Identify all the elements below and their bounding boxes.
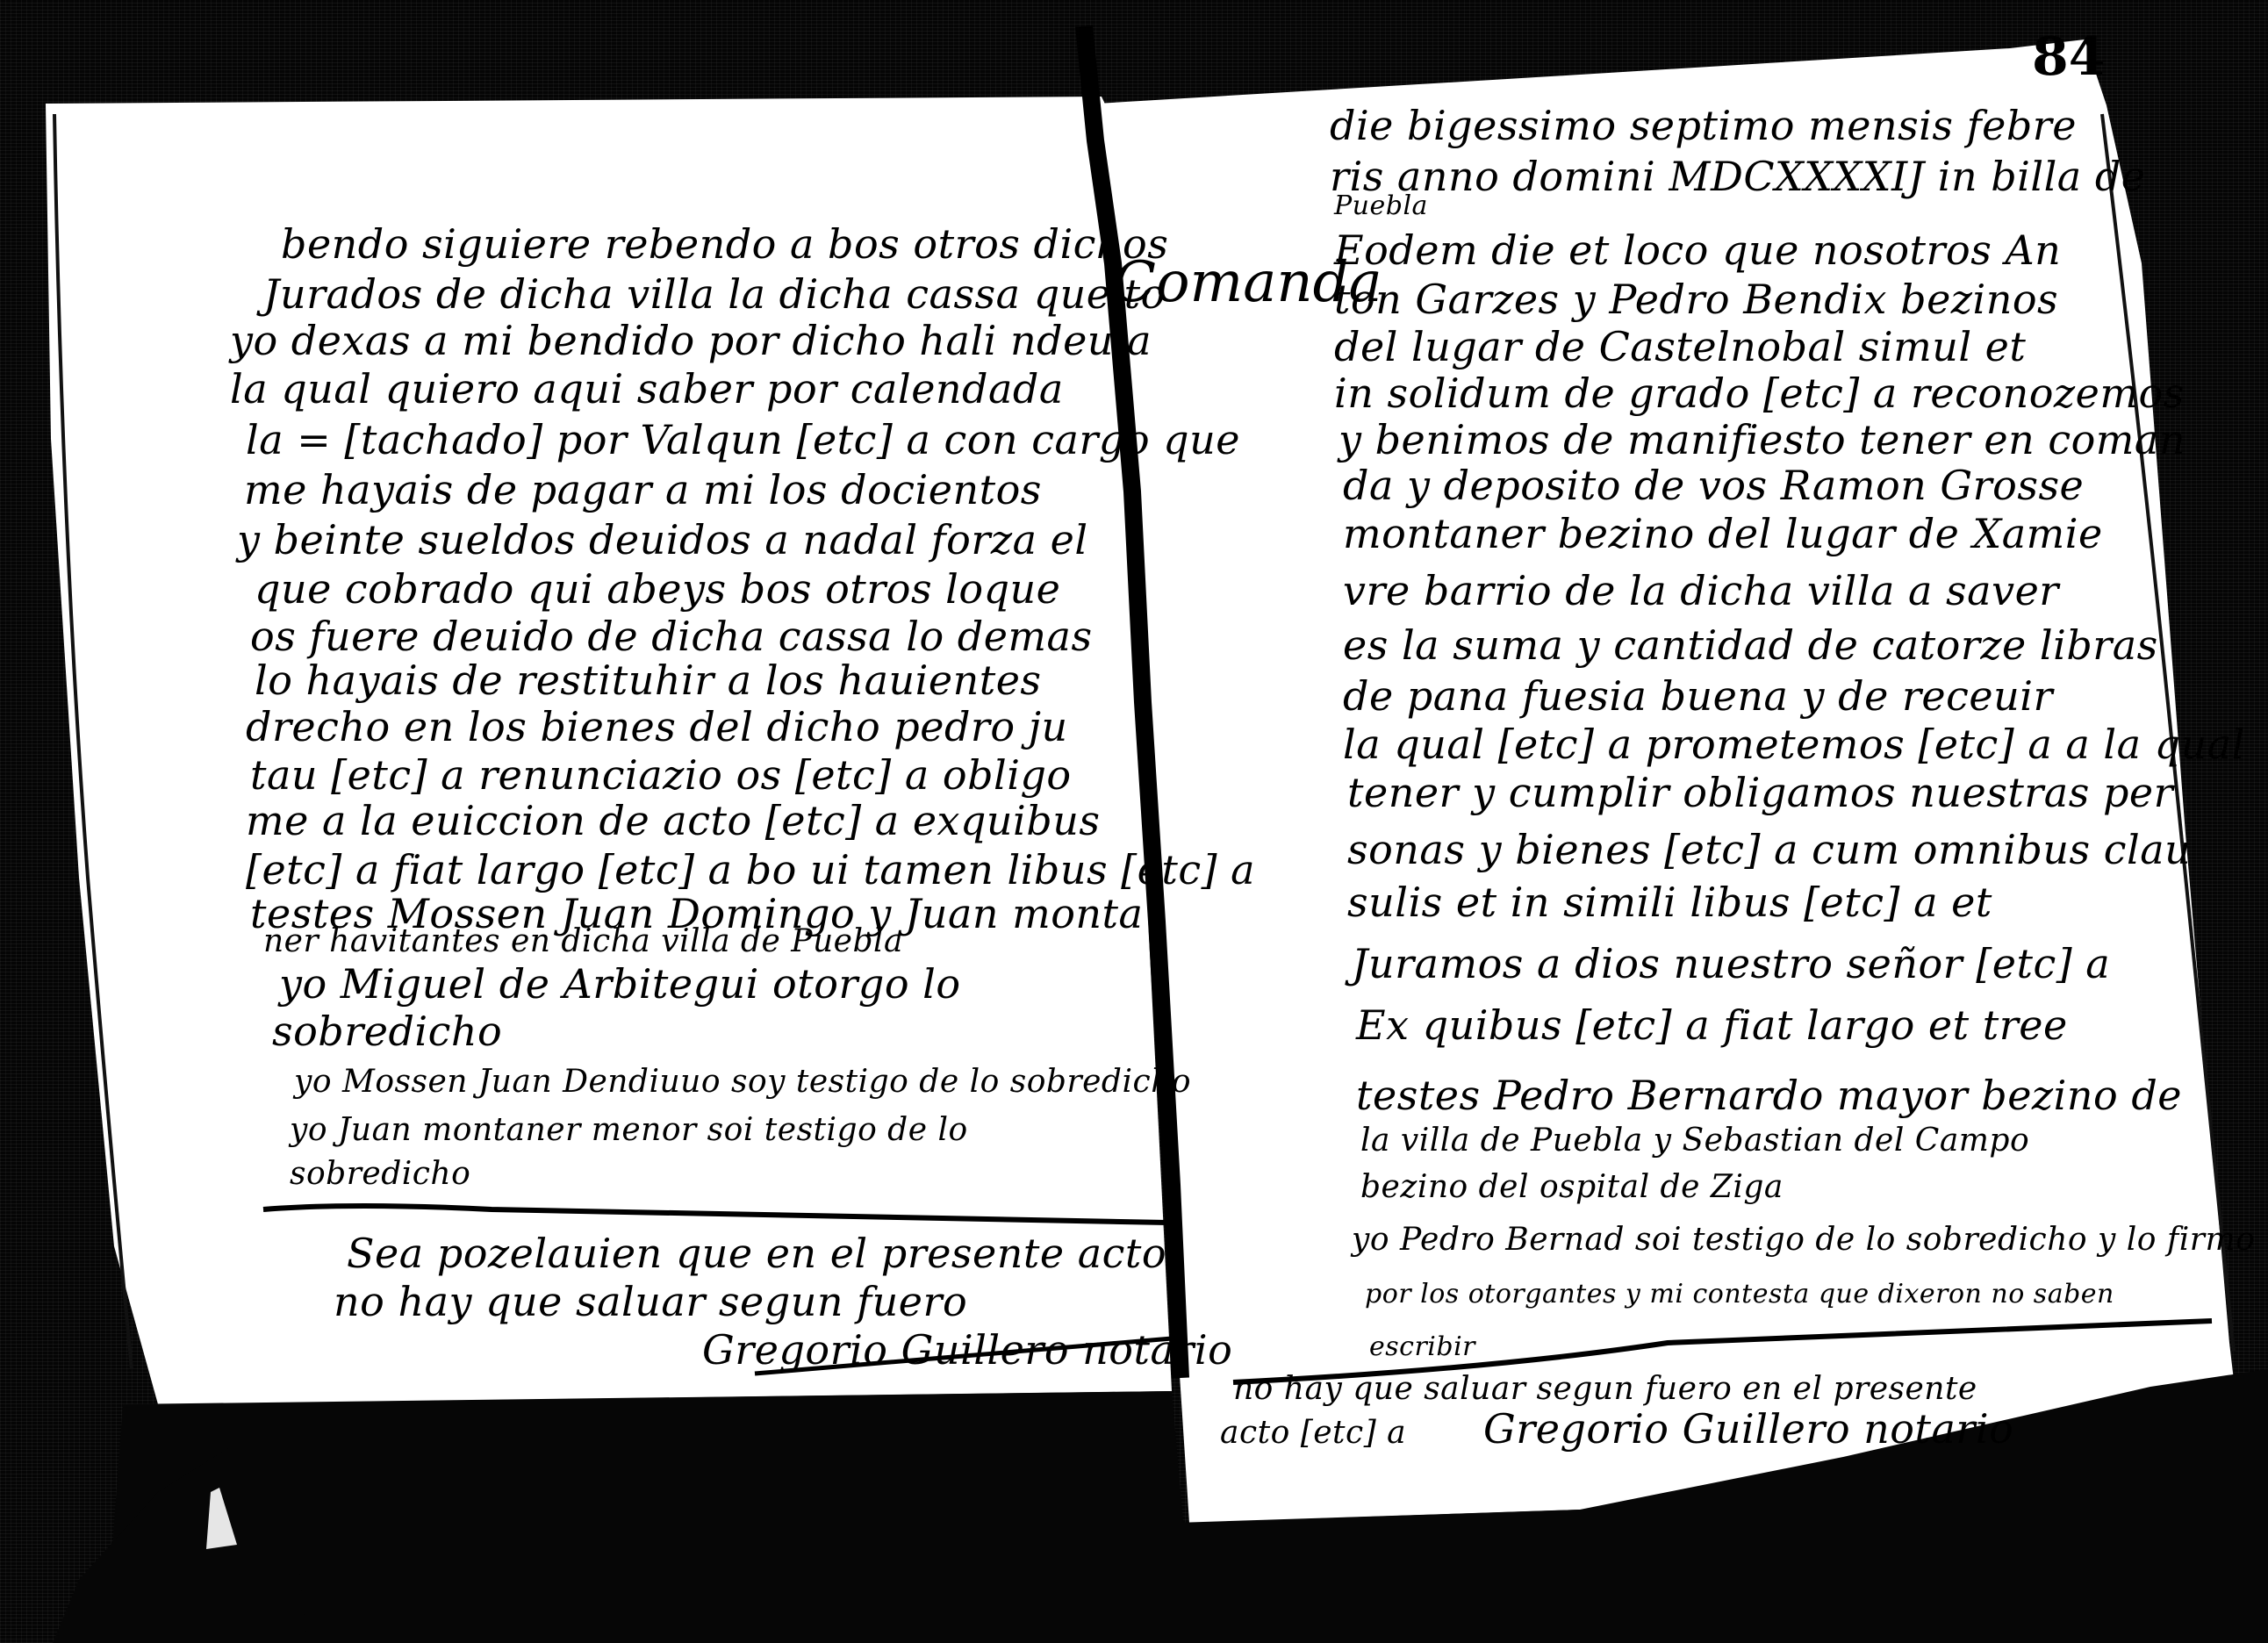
text-line: Juramos a dios nuestro señor [etc] a	[1352, 943, 2110, 984]
folio-number: 84	[2032, 26, 2106, 88]
text-line: testes Pedro Bernardo mayor bezino de	[1356, 1075, 2182, 1116]
text-line: sulis et in simili libus [etc] a et	[1347, 882, 1992, 922]
text-line: [etc] a fiat largo [etc] a bo ui tamen l…	[246, 850, 1255, 890]
text-line: sonas y bienes [etc] a cum omnibus clau	[1347, 829, 2191, 870]
text-line: de pana fuesia buena y de receuir	[1343, 676, 2053, 716]
text-line: bendo siguiere rebendo a bos otros dicho…	[281, 224, 1168, 264]
text-line: es la suma y cantidad de catorze libras	[1343, 625, 2158, 665]
notary-signature: Gregorio Guillero notario	[1483, 1409, 2013, 1449]
text-line: Ex quibus [etc] a fiat largo et tree	[1356, 1005, 2068, 1045]
text-line: tener y cumplir obligamos nuestras per	[1347, 772, 2173, 813]
text-line: por los otorgantes y mi contesta que dix…	[1365, 1281, 2114, 1308]
text-line: ner havitantes en dicha villa de Puebla	[263, 926, 903, 958]
text-line: escribir	[1369, 1334, 1475, 1360]
text-line: me a la euiccion de acto [etc] a exquibu…	[246, 800, 1100, 841]
text-line: yo Pedro Bernad soi testigo de lo sobred…	[1352, 1224, 2255, 1256]
text-line: tau [etc] a renunciazio os [etc] a oblig…	[250, 755, 1072, 795]
text-line: y benimos de manifiesto tener en coman	[1339, 420, 2185, 460]
text-line: del lugar de Castelnobal simul et	[1334, 326, 2026, 367]
text-line: yo dexas a mi bendido por dicho hali nde…	[230, 320, 1152, 361]
text-line: sobredicho	[272, 1011, 502, 1051]
text-line: vre barrio de la dicha villa a saver	[1343, 570, 2059, 611]
text-line: yo Miguel de Arbitegui otorgo lo	[279, 964, 961, 1004]
witness-line: yo Juan montaner menor soi testigo de lo	[290, 1115, 968, 1146]
text-line: Puebla	[1334, 193, 1428, 219]
text-line: la qual quiero aqui saber por calendada	[230, 369, 1064, 409]
text-line: la villa de Puebla y Sebastian del Campo	[1360, 1125, 2029, 1157]
text-line: Eodem die et loco que nosotros An	[1334, 230, 2061, 270]
text-line: y beinte sueldos deuidos a nadal forza e…	[237, 520, 1088, 560]
text-line: Jurados de dicha villa la dicha cassa qu…	[263, 274, 1166, 314]
text-line: la = [tachado] por Valqun [etc] a con ca…	[246, 420, 1240, 460]
text-line: montaner bezino del lugar de Xamie	[1343, 513, 2103, 554]
text-line: drecho en los bienes del dicho pedro ju	[246, 707, 1068, 747]
text-line: die bigessimo septimo mensis febre	[1330, 105, 2077, 146]
closing-line: no hay que saluar segun fuero	[334, 1281, 967, 1322]
text-line: ris anno domini MDCXXXXIJ in billa de	[1330, 156, 2146, 197]
text-line: in solidum de grado [etc] a reconozemos	[1334, 373, 2185, 413]
closing-line: Sea pozelauien que en el presente acto	[347, 1233, 1166, 1274]
closing-line: acto [etc] a	[1220, 1417, 1406, 1449]
text-line: lo hayais de restituhir a los hauientes	[255, 660, 1042, 700]
text-line: ton Garzes y Pedro Bendix bezinos	[1334, 279, 2058, 319]
text-line: os fuere deuido de dicha cassa lo demas	[250, 616, 1093, 656]
text-line: me hayais de pagar a mi los docientos	[244, 470, 1042, 510]
text-line: da y deposito de vos Ramon Grosse	[1343, 465, 2084, 506]
text-line: que cobrado qui abeys bos otros loque	[255, 569, 1060, 609]
text-line: la qual [etc] a prometemos [etc] a a la …	[1343, 724, 2245, 764]
closing-line: no hay que saluar segun fuero en el pres…	[1233, 1374, 1977, 1405]
witness-line: sobredicho	[290, 1159, 470, 1190]
witness-line: yo Mossen Juan Dendiuuo soy testigo de l…	[294, 1066, 1191, 1098]
notary-signature: Gregorio Guillero notario	[702, 1330, 1232, 1370]
text-line: bezino del ospital de Ziga	[1360, 1172, 1784, 1203]
